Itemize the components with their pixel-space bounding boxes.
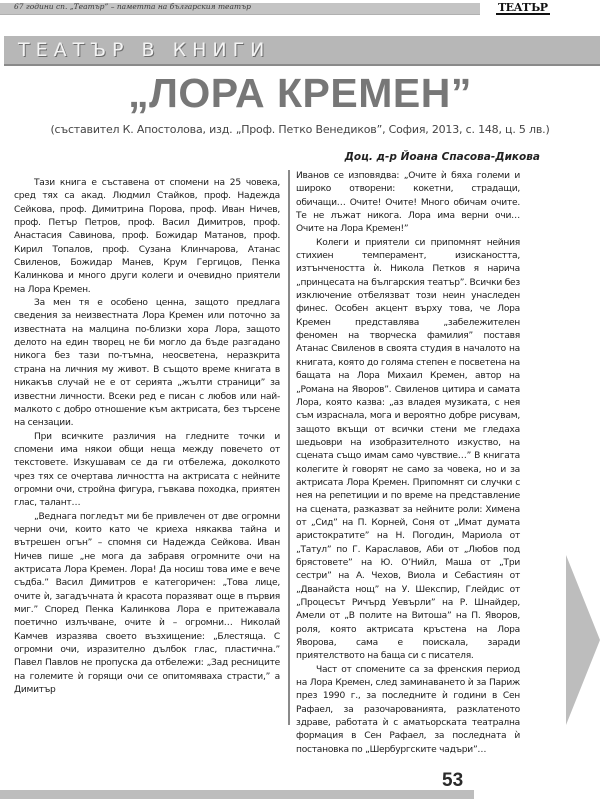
paragraph: „Веднага погледът ми бе привлечен от две…	[14, 511, 280, 698]
running-header-bar: 67 години сп. „Театър” – паметта на бълг…	[0, 3, 480, 15]
article-author: Доц. д-р Йоана Спасова-Дикова	[345, 151, 540, 163]
section-band: ТЕАТЪР В КНИГИ	[4, 36, 600, 66]
footer-bar	[0, 790, 474, 799]
running-header-text: 67 години сп. „Театър” – паметта на бълг…	[14, 2, 251, 11]
right-column: Иванов се изповядва: „Очите ѝ бяха голем…	[296, 170, 520, 757]
article-title: „ЛОРА КРЕМЕН”	[0, 70, 600, 117]
article-subtitle: (съставител К. Апостолова, изд. „Проф. П…	[0, 123, 600, 136]
column-divider	[288, 170, 290, 725]
left-column: Тази книга е съставена от спомени на 25 …	[14, 177, 280, 697]
magazine-logo: ТЕАТЪР	[496, 3, 550, 15]
paragraph: Част от спомените са за френския период …	[296, 664, 520, 757]
page-number: 53	[442, 770, 463, 792]
paragraph: Тази книга е съставена от спомени на 25 …	[14, 177, 280, 297]
paragraph: Колеги и приятели си припомнят нейния ст…	[296, 237, 520, 664]
paragraph: За мен тя е особено ценна, защото предла…	[14, 297, 280, 430]
paragraph: Иванов се изповядва: „Очите ѝ бяха голем…	[296, 170, 520, 237]
section-label: ТЕАТЪР В КНИГИ	[18, 39, 270, 61]
next-page-arrow-icon	[566, 555, 600, 725]
paragraph: При всичките различия на гледните точки …	[14, 431, 280, 511]
